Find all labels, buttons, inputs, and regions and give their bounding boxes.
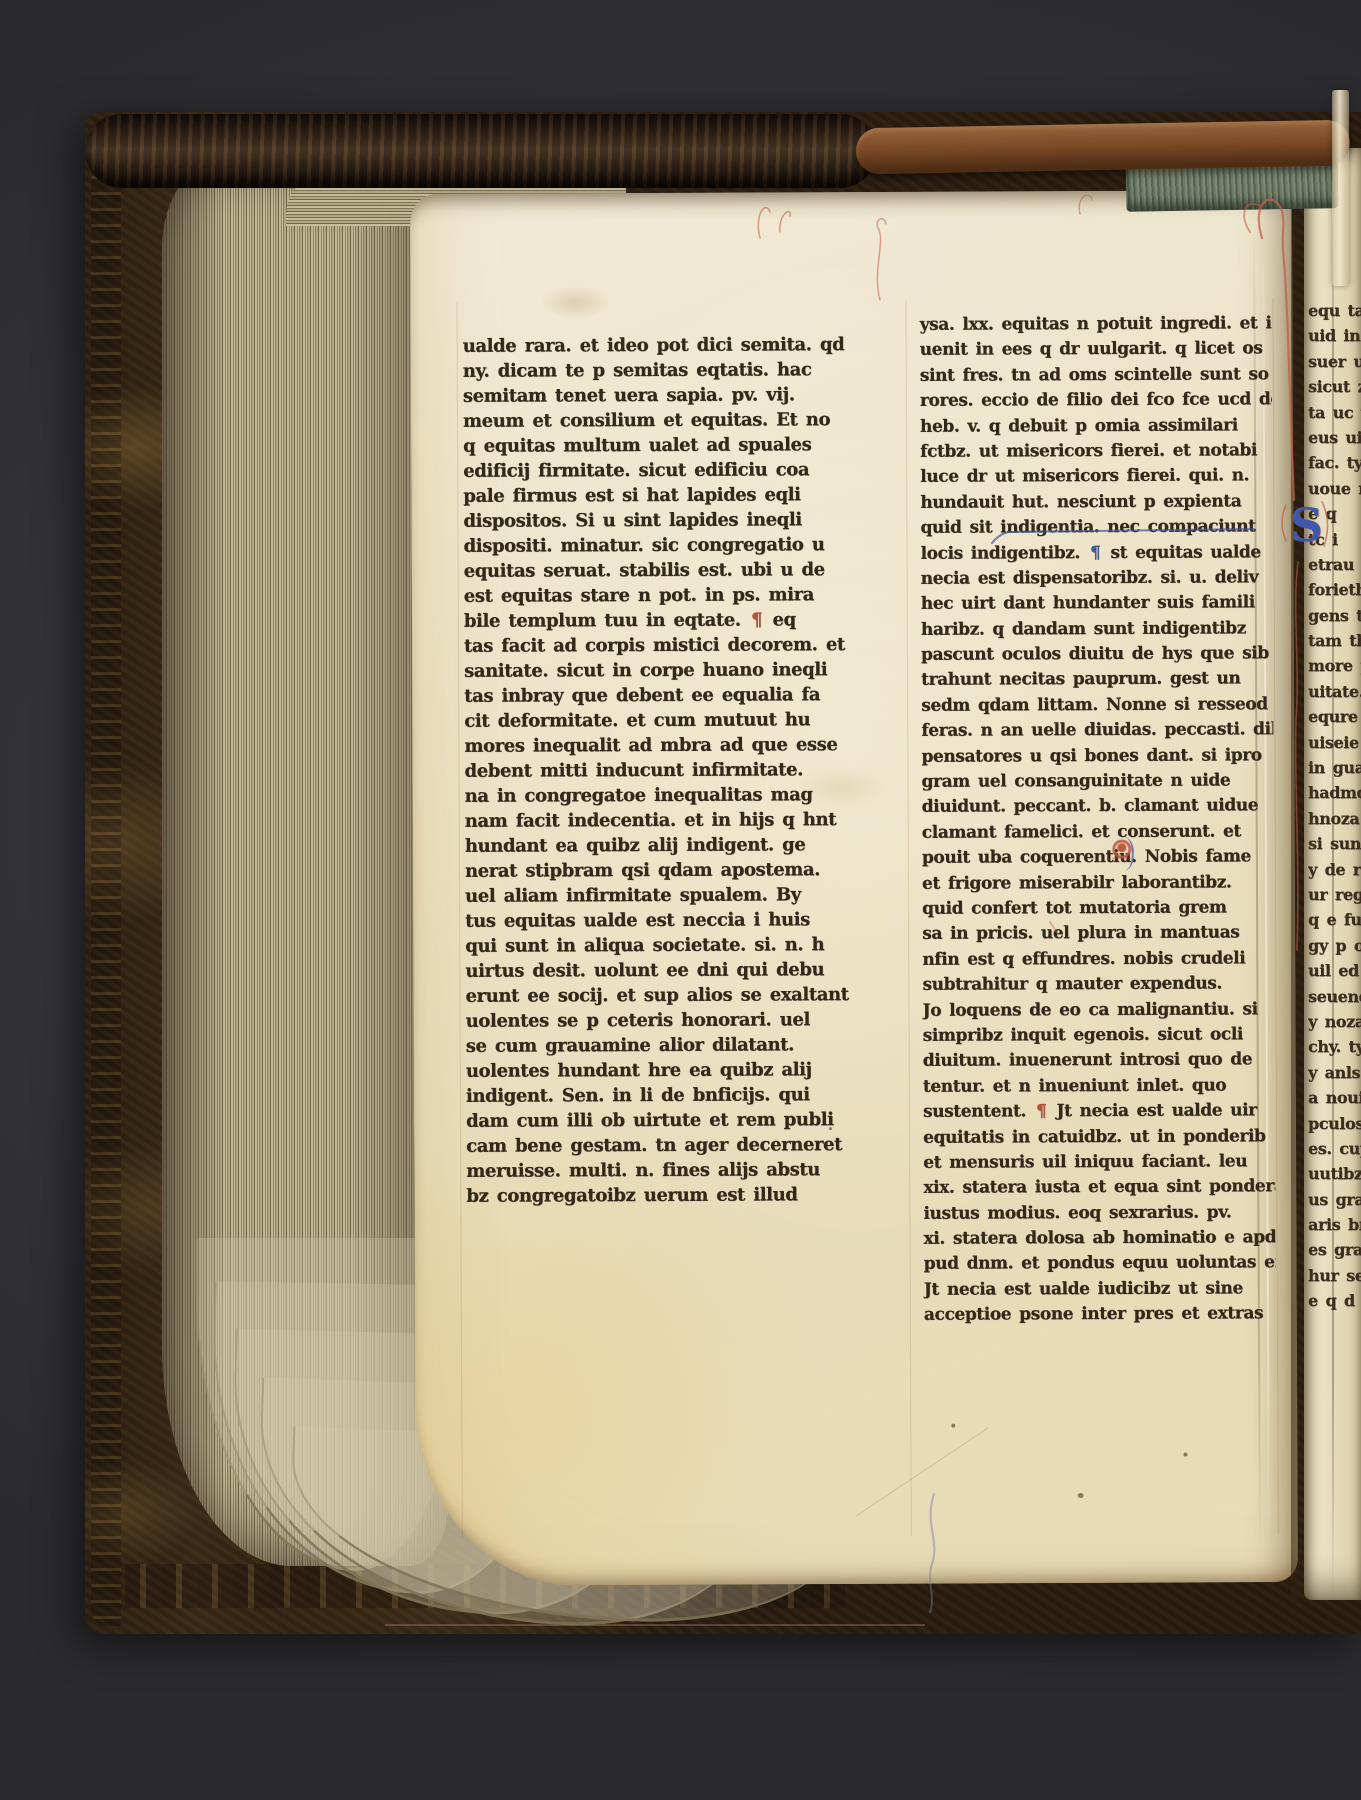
manuscript-text-line: pensatores u qsi bones dant. si ipro <box>921 743 1273 770</box>
manuscript-text-line: quid confert tot mutatoria grem <box>922 895 1274 922</box>
manuscript-text-line: gram uel consanguinitate n uide <box>921 768 1273 795</box>
ruling-line <box>456 302 462 1538</box>
manuscript-text-line: a nouils u <box>1308 1085 1361 1110</box>
manuscript-text-line: chy. ty. d <box>1308 1034 1361 1059</box>
manuscript-text-line: sustentent. ¶ Jt necia est ualde uir <box>923 1098 1275 1125</box>
manuscript-text-line: eus ui n <box>1308 425 1361 450</box>
spine-headband-roll <box>85 114 877 188</box>
manuscript-text-line: uenit in ees q dr uulgarit. q licet os <box>920 337 1272 364</box>
manuscript-text-line: in guao <box>1308 755 1361 780</box>
manuscript-text-line: nam facit indecentia. et in hijs q hnt <box>465 807 897 834</box>
manuscript-text-line: hundauit hut. nesciunt p expienta <box>920 489 1272 516</box>
manuscript-text-line: hundant ea quibz alij indigent. ge <box>465 832 897 859</box>
ink-speck <box>1183 1453 1187 1457</box>
manuscript-text-line: aris bnft y <box>1308 1212 1361 1237</box>
manuscript-text-line: si sunt. q <box>1308 831 1361 856</box>
red-blue-inline-ornament <box>1112 837 1134 871</box>
manuscript-text-line: se cum grauamine alior dilatant. <box>466 1032 898 1059</box>
manuscript-text-line: edificij firmitate. sicut edificiu coa <box>463 457 895 484</box>
manuscript-text-line: pculosa ae <box>1308 1111 1361 1136</box>
manuscript-text-line: cam bene gestam. tn ager decerneret <box>466 1132 898 1159</box>
manuscript-text-line: erunt ee socij. et sup alios se exaltant <box>465 982 897 1009</box>
manuscript-text-line: meum et consilium et equitas. Et no <box>463 407 895 434</box>
manuscript-text-line: sanitate. sicut in corpe huano ineqli <box>464 657 896 684</box>
manuscript-text-line: semitam tenet uera sapia. pv. vij. <box>463 382 895 409</box>
manuscript-text-line: ysa. lxx. equitas n potuit ingredi. et i… <box>919 311 1271 338</box>
manuscript-text-line: y anls. c <box>1308 1060 1361 1085</box>
manuscript-text-line: pouit uba coquerentiu. Nobis fame <box>922 844 1274 871</box>
manuscript-text-line: nfin est q effundres. nobis crudeli <box>922 946 1274 973</box>
manuscript-text-line: es. cupid. l <box>1308 1136 1361 1161</box>
cradle-strap <box>1332 90 1349 286</box>
manuscript-text-line: pascunt oculos diuitu de hys que sib <box>921 641 1273 668</box>
manuscript-page: ualde rara. et ideo pot dici semita. qdn… <box>410 190 1298 1586</box>
manuscript-text-line: pud dnm. et pondus equu uoluntas ei <box>924 1251 1276 1278</box>
manuscript-text-line: equre u <box>1308 704 1361 729</box>
manuscript-text-line: locis indigentibz. ¶ st equitas ualde <box>920 540 1272 567</box>
manuscript-text-line: sa in pricis. uel plura in mantuas <box>922 921 1274 948</box>
manuscript-text-line: simpribz inquit egenois. sicut ocli <box>923 1022 1275 1049</box>
manuscript-text-line: bz congregatoibz uerum est illud <box>466 1182 898 1209</box>
tooled-border-left <box>91 118 121 1626</box>
manuscript-text-line: suer ut <box>1308 349 1361 374</box>
manuscript-text-line: tas inbray que debent ee equalia fa <box>464 682 896 709</box>
manuscript-text-line: dispositi. minatur. sic congregatio u <box>463 532 895 559</box>
manuscript-text-line: more pe <box>1308 653 1361 678</box>
manuscript-text-line: uid in au <box>1308 323 1361 348</box>
manuscript-text-line: rores. eccio de filio dei fco fce ucd de <box>920 387 1272 414</box>
manuscript-text-line: diuidunt. peccant. b. clamant uidue <box>922 794 1274 821</box>
cover-edge-highlight <box>385 1624 925 1626</box>
facing-page-sliver: equ tauid in ausuer utsicut z tta uc v c… <box>1304 148 1361 1600</box>
manuscript-text-line: mores inequalit ad mbra ad que esse <box>464 732 896 759</box>
manuscript-text-line: hnoza l <box>1308 806 1361 831</box>
manuscript-text-line: q equitas multum ualet ad spuales <box>463 432 895 459</box>
manuscript-text-line: e q d <box>1308 1288 1361 1313</box>
manuscript-text-line: ualde rara. et ideo pot dici semita. qd <box>463 332 895 359</box>
manuscript-text-line: tentur. et n inueniunt inlet. quo <box>923 1073 1275 1100</box>
red-paraph-mark: ¶ <box>1034 1101 1049 1121</box>
manuscript-text-line: hadmd <box>1308 780 1361 805</box>
manuscript-text-line: uolentes hundant hre ea quibz alij <box>466 1057 898 1084</box>
manuscript-text-line: diuitum. inuenerunt introsi quo de <box>923 1047 1275 1074</box>
manuscript-text-line: debent mitti inducunt infirmitate. <box>464 757 896 784</box>
manuscript-text-line: feras. n an uelle diuidas. peccasti. dil <box>921 717 1273 744</box>
manuscript-text-line: us gratis f <box>1308 1187 1361 1212</box>
manuscript-text-line: gy p os <box>1308 933 1361 958</box>
manuscript-text-line: dispositos. Si u sint lapides ineqli <box>463 507 895 534</box>
manuscript-text-line: uil ed g <box>1308 958 1361 983</box>
manuscript-text-line: subtrahitur q mauter expendus. <box>922 971 1274 998</box>
manuscript-text-line: forieth a <box>1308 577 1361 602</box>
manuscript-text-line: gens tch <box>1308 603 1361 628</box>
manuscript-text-line: xix. statera iusta et equa sint pondera <box>923 1174 1275 1201</box>
manuscript-text-line: ta uc v c <box>1308 400 1361 425</box>
manuscript-text-line: uitate. l <box>1308 679 1361 704</box>
manuscript-text-line: Jo loquens de eo ca malignantiu. si <box>922 997 1274 1024</box>
manuscript-text-line: indigent. Sen. in li de bnficijs. qui <box>466 1082 898 1109</box>
illuminated-initial: S <box>1290 496 1326 554</box>
manuscript-text-line: sedm qdam littam. Nonne si resseod <box>921 692 1273 719</box>
manuscript-text-line: etrau q <box>1308 552 1361 577</box>
manuscript-text-line: uolentes se p ceteris honorari. uel <box>466 1007 898 1034</box>
manuscript-text-line: equitatis in catuidbz. ut in ponderib <box>923 1124 1275 1151</box>
vellum-stain <box>540 285 610 319</box>
manuscript-text-line: trahunt necitas pauprum. gest un <box>921 667 1273 694</box>
manuscript-text-line: tam tha <box>1308 628 1361 653</box>
manuscript-text-line: fctbz. ut misericors fierei. et notabi <box>920 438 1272 465</box>
manuscript-text-line: est equitas stare n pot. in ps. mira <box>464 582 896 609</box>
manuscript-text-line: q e ful <box>1308 907 1361 932</box>
manuscript-text-line: equ ta <box>1308 298 1361 323</box>
manuscript-text-line: tas facit ad corpis mistici decorem. et <box>464 632 896 659</box>
manuscript-text-line: ny. dicam te p semitas eqtatis. hac <box>463 357 895 384</box>
manuscript-text-line: uiseie n <box>1308 730 1361 755</box>
manuscript-text-line: meruisse. multi. n. fines alijs abstu <box>466 1157 898 1184</box>
manuscript-text-line: seuenda <box>1308 984 1361 1009</box>
manuscript-text-line: necia est dispensatoribz. si. u. deliv <box>921 565 1273 592</box>
text-column-right: ysa. lxx. equitas n potuit ingredi. et i… <box>919 311 1275 1328</box>
manuscript-text-line: na in congregatoe inequalitas mag <box>465 782 897 809</box>
manuscript-text-line: bile templum tuu in eqtate. ¶ eq <box>464 607 896 634</box>
manuscript-text-line: uel aliam infirmitate spualem. By <box>465 882 897 909</box>
manuscript-text-line: sicut z t <box>1308 374 1361 399</box>
text-column-left: ualde rara. et ideo pot dici semita. qdn… <box>463 332 899 1209</box>
manuscript-text-line: equitas seruat. stabilis est. ubi u de <box>464 557 896 584</box>
manuscript-text-line: et mensuris uil iniquu faciant. leu <box>923 1149 1275 1176</box>
manuscript-text-line: haribz. q dandam sunt indigentibz <box>921 616 1273 643</box>
manuscript-text-line: y de ra so <box>1308 857 1361 882</box>
manuscript-text-line: sint fres. tn ad oms scintelle sunt so <box>920 362 1272 389</box>
manuscript-text-line: ur regi p <box>1308 882 1361 907</box>
leather-strap-rod <box>856 120 1351 175</box>
manuscript-text-line: heb. v. q debuit p omia assimilari <box>920 413 1272 440</box>
manuscript-text-line: xi. statera dolosa ab hominatio e apd <box>923 1225 1275 1252</box>
manuscript-text-line: y noza fa <box>1308 1009 1361 1034</box>
manuscript-text-line: qui sunt in aliqua societate. si. n. h <box>465 932 897 959</box>
manuscript-text-line: pale firmus est si hat lapides eqli <box>463 482 895 509</box>
manuscript-text-line: et frigore miserabilr laborantibz. <box>922 870 1274 897</box>
manuscript-text-line: fac. ty. ue <box>1308 450 1361 475</box>
manuscript-text-line: uutibz n l <box>1308 1161 1361 1186</box>
manuscript-text-line: cit deformitate. et cum mutuut hu <box>464 707 896 734</box>
manuscript-text-line: quid sit indigentia. nec compaciunt <box>920 514 1272 541</box>
sliver-text-column: equ tauid in ausuer utsicut z tta uc v c… <box>1308 298 1361 1314</box>
manuscript-photo-stage: ualde rara. et ideo pot dici semita. qdn… <box>0 0 1361 1800</box>
manuscript-text-line: hur semp <box>1308 1263 1361 1288</box>
blue-paraph-mark: ¶ <box>1088 542 1103 562</box>
red-paraph-mark: ¶ <box>749 609 764 630</box>
ruling-line <box>905 300 911 1536</box>
manuscript-text-line: iustus modius. eoq sexrarius. pv. <box>923 1200 1275 1227</box>
manuscript-text-line: dam cum illi ob uirtute et rem publi <box>466 1107 898 1134</box>
manuscript-text-line: es graues <box>1308 1237 1361 1262</box>
manuscript-text-line: Jt necia est ualde iudicibz ut sine <box>924 1276 1276 1303</box>
ink-speck <box>951 1424 955 1428</box>
manuscript-text-line: clamant famelici. et conserunt. et <box>922 819 1274 846</box>
manuscript-text-line: nerat stipbram qsi qdam apostema. <box>465 857 897 884</box>
ink-speck <box>1078 1493 1084 1498</box>
manuscript-text-line: tus equitas ualde est neccia i huis <box>465 907 897 934</box>
manuscript-text-line: acceptioe psone inter pres et extras <box>924 1301 1276 1328</box>
manuscript-text-line: hec uirt dant hundanter suis famili <box>921 590 1273 617</box>
manuscript-text-line: uirtus desit. uolunt ee dni qui debu <box>465 957 897 984</box>
manuscript-text-line: luce dr ut misericors fierei. qui. n. <box>920 464 1272 491</box>
